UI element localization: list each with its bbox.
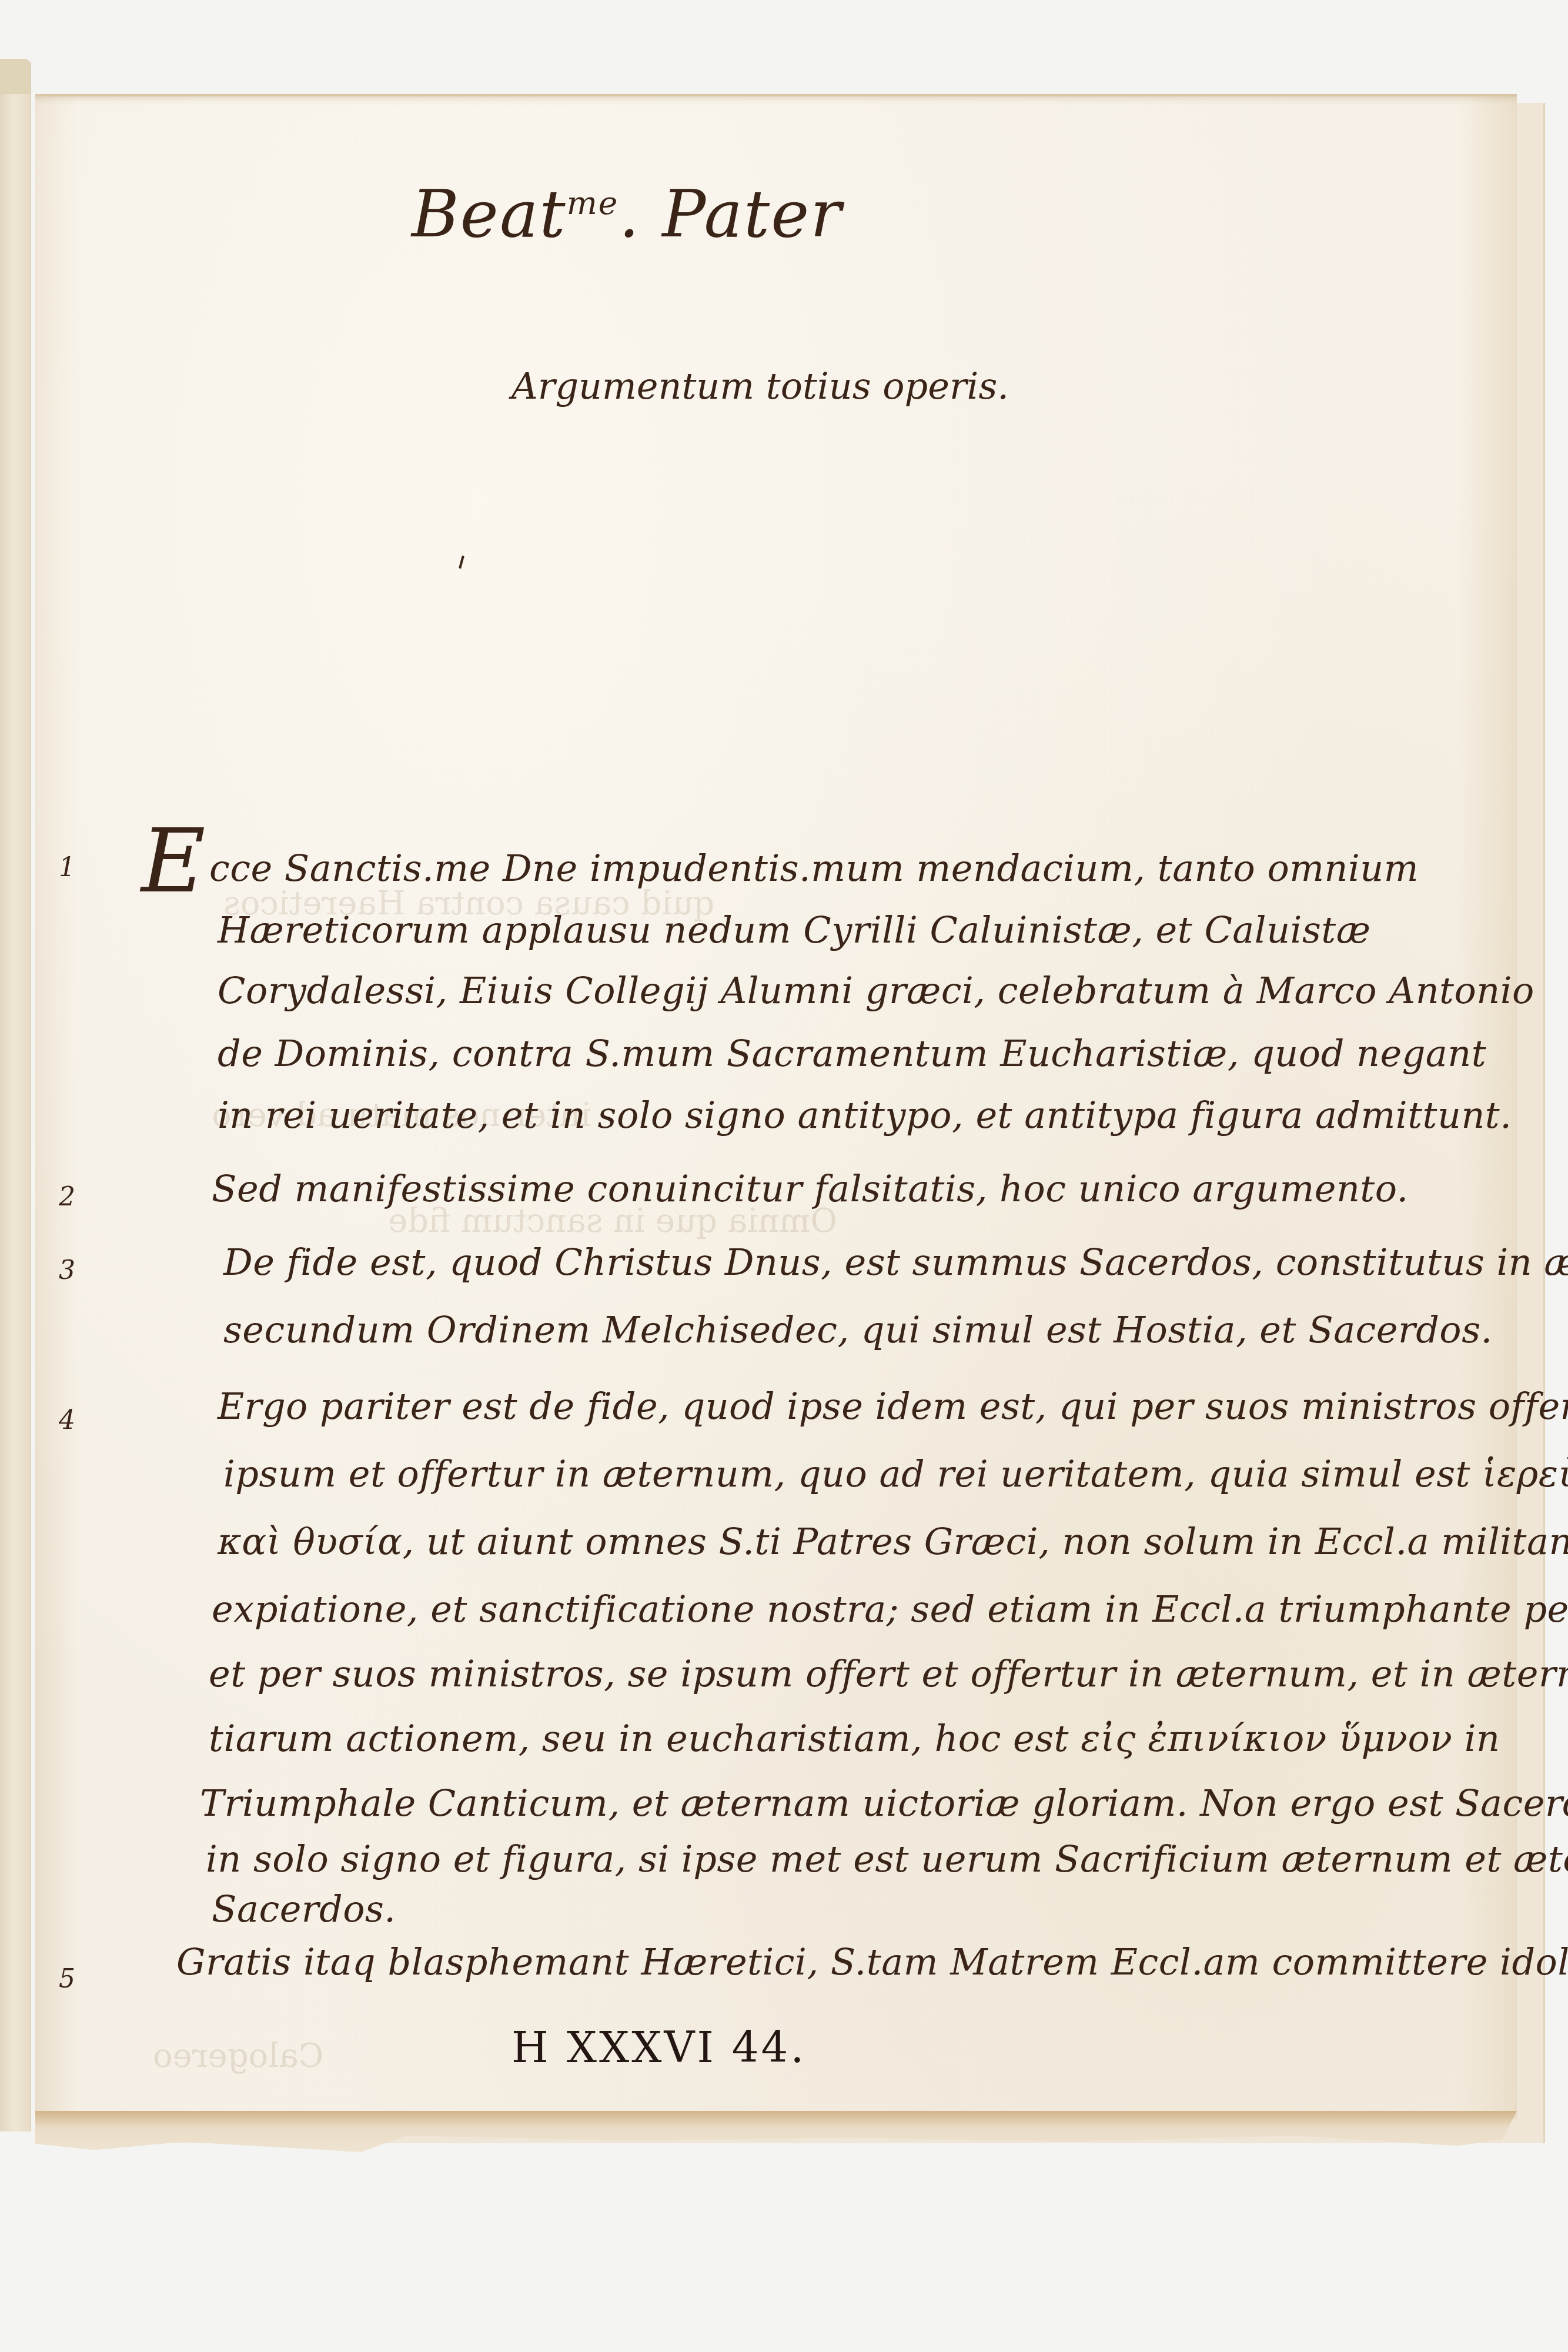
text-line: Ecce Sanctis.me Dne impudentis.mum menda…: [141, 817, 1419, 906]
text-line: Triumphale Canticum, et æternam uictoriæ…: [200, 1782, 1568, 1825]
salutation-end: . Pater: [618, 176, 842, 252]
margin-number: 3: [59, 1255, 75, 1285]
page-bottom-edge: [35, 2111, 1517, 2152]
text-line: καὶ θυσία, ut aiunt omnes S.ti Patres Gr…: [218, 1520, 1568, 1563]
show-through-text: Calogereo: [153, 2037, 323, 2075]
text-line: Sed manifestissime conuincitur falsitati…: [212, 1167, 1409, 1210]
text-line: Hæreticorum applausu nedum Cyrilli Calui…: [218, 908, 1370, 951]
text-line: in solo signo et figura, si ipse met est…: [206, 1837, 1568, 1880]
text-line: et per suos ministros, se ipsum offert e…: [209, 1652, 1568, 1695]
binding-tab: [0, 59, 31, 94]
text-line: de Dominis, contra S.mum Sacramentum Euc…: [218, 1032, 1486, 1075]
margin-number: 1: [59, 853, 75, 883]
text-line: tiarum actionem, seu in eucharistiam, ho…: [209, 1717, 1500, 1760]
line-text: cce Sanctis.me Dne impudentis.mum mendac…: [209, 847, 1419, 890]
heading: Argumentum totius operis.: [511, 365, 1009, 407]
text-line: ipsum et offertur in æternum, quo ad rei…: [223, 1452, 1568, 1495]
text-line: Sacerdos.: [212, 1887, 396, 1930]
margin-number: 2: [59, 1182, 75, 1212]
margin-number: 5: [59, 1964, 75, 1994]
text-line: Ergo pariter est de fide, quod ipse idem…: [218, 1385, 1568, 1428]
shelfmark: H XXXVI 44.: [511, 2023, 806, 2072]
salutation-superscript: me: [567, 184, 619, 222]
salutation-main: Beat: [412, 176, 567, 252]
margin-number: 4: [59, 1405, 75, 1435]
text-line: expiatione, et sanctificatione nostra; s…: [212, 1588, 1568, 1631]
text-line: Gratis itaq blasphemant Hæretici, S.tam …: [176, 1940, 1568, 1983]
text-line: Corydalessi, Eiuis Collegij Alumni græci…: [218, 969, 1534, 1012]
salutation: Beatme. Pater: [412, 176, 842, 252]
text-line: in rei ueritate, et in solo signo antity…: [218, 1094, 1512, 1137]
text-line: De fide est, quod Christus Dnus, est sum…: [223, 1241, 1568, 1284]
binding-strip: [0, 62, 31, 2131]
text-line: secundum Ordinem Melchisedec, qui simul …: [223, 1308, 1493, 1351]
drop-cap: E: [141, 810, 206, 913]
